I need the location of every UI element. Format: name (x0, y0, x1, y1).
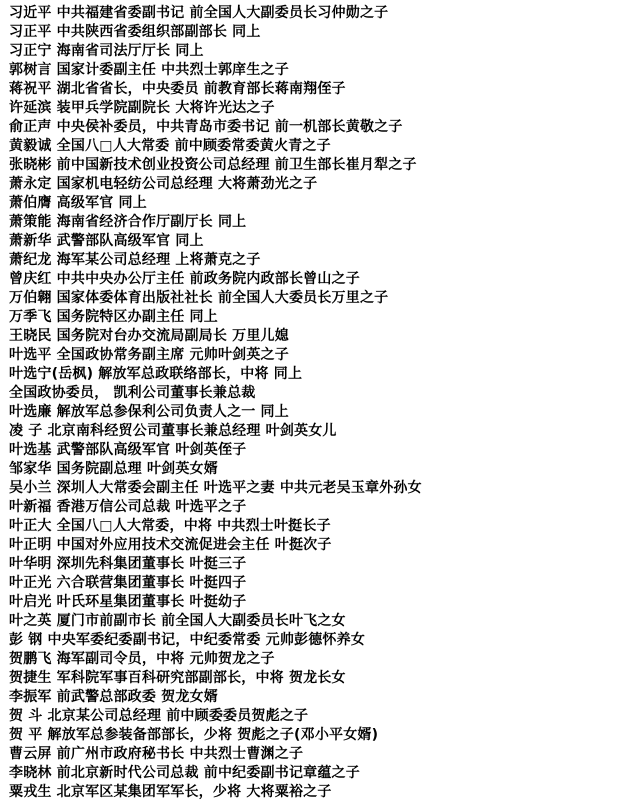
list-line: 吴小兰 深圳人大常委会副主任 叶选平之妻 中共元老吴玉章外孙女 (9, 479, 626, 498)
document-page: 习近平 中共福建省委副书记 前全国人大副委员长习仲勋之子 习正平 中共陕西省委组… (0, 0, 632, 800)
list-line: 贺 平 解放军总参装备部部长，少将 贺彪之子(邓小平女婿) (9, 726, 626, 745)
list-line: 萧伯膺 高级军官 同上 (9, 194, 626, 213)
list-line: 叶华明 深圳先科集团董事长 叶挺三子 (9, 555, 626, 574)
list-line: 叶新福 香港万信公司总裁 叶选平之子 (9, 498, 626, 517)
list-line: 邹家华 国务院副总理 叶剑英女婿 (9, 460, 626, 479)
list-line: 凌 子 北京南科经贸公司董事长兼总经理 叶剑英女儿 (9, 422, 626, 441)
list-line: 萧纪龙 海军某公司总经理 上将萧克之子 (9, 251, 626, 270)
list-line: 习正平 中共陕西省委组织部副部长 同上 (9, 23, 626, 42)
list-line: 叶之英 厦门市前副市长 前全国人大副委员长叶飞之女 (9, 612, 626, 631)
list-line: 俞正声 中央侯补委员，中共青岛市委书记 前一机部长黄敬之子 (9, 118, 626, 137)
list-line: 叶选平 全国政协常务副主席 元帅叶剑英之子 (9, 346, 626, 365)
list-line: 习近平 中共福建省委副书记 前全国人大副委员长习仲勋之子 (9, 4, 626, 23)
list-line: 萧新华 武警部队高级军官 同上 (9, 232, 626, 251)
list-line: 萧永定 国家机电轻纺公司总经理 大将萧劲光之子 (9, 175, 626, 194)
list-line: 叶启光 叶氏环星集团董事长 叶挺幼子 (9, 593, 626, 612)
list-line: 李振军 前武警总部政委 贺龙女婿 (9, 688, 626, 707)
list-line: 万伯翱 国家体委体育出版社社长 前全国人大委员长万里之子 (9, 289, 626, 308)
list-line: 叶正光 六合联营集团董事长 叶挺四子 (9, 574, 626, 593)
list-line: 贺鹏飞 海军副司令员，中将 元帅贺龙之子 (9, 650, 626, 669)
list-line: 曾庆红 中共中央办公厅主任 前政务院内政部长曾山之子 (9, 270, 626, 289)
list-line: 曹云屏 前广州市政府秘书长 中共烈士曹渊之子 (9, 745, 626, 764)
list-line: 粟戎生 北京军区某集团军军长，少将 大将粟裕之子 (9, 783, 626, 800)
list-line: 黄毅诚 全国八□人大常委 前中顾委常委黄火青之子 (9, 137, 626, 156)
list-line: 万季飞 国务院特区办副主任 同上 (9, 308, 626, 327)
list-line: 叶正明 中国对外应用技术交流促进会主任 叶挺次子 (9, 536, 626, 555)
list-line: 萧策能 海南省经济合作厅副厅长 同上 (9, 213, 626, 232)
list-line: 全国政协委员， 凯利公司董事长兼总裁 (9, 384, 626, 403)
list-line: 叶选基 武警部队高级军官 叶剑英侄子 (9, 441, 626, 460)
list-line: 习正宁 海南省司法厅厅长 同上 (9, 42, 626, 61)
list-line: 王晓民 国务院对台办交流局副局长 万里儿媳 (9, 327, 626, 346)
list-line: 叶选廉 解放军总参保利公司负责人之一 同上 (9, 403, 626, 422)
list-line: 贺捷生 军科院军事百科研究部副部长，中将 贺龙长女 (9, 669, 626, 688)
list-line: 叶选宁(岳枫) 解放军总政联络部长，中将 同上 (9, 365, 626, 384)
list-line: 李晓林 前北京新时代公司总裁 前中纪委副书记章蕴之子 (9, 764, 626, 783)
list-line: 张晓彬 前中国新技术创业投资公司总经理 前卫生部长崔月犁之子 (9, 156, 626, 175)
list-line: 许延滨 装甲兵学院副院长 大将许光达之子 (9, 99, 626, 118)
list-line: 贺 斗 北京某公司总经理 前中顾委委员贺彪之子 (9, 707, 626, 726)
list-line: 蒋祝平 湖北省省长，中央委员 前教育部长蒋南翔侄子 (9, 80, 626, 99)
list-line: 郭树言 国家计委副主任 中共烈士郭庠生之子 (9, 61, 626, 80)
list-line: 彭 钢 中央军委纪委副书记，中纪委常委 元帅彭德怀养女 (9, 631, 626, 650)
list-line: 叶正大 全国八□人大常委，中将 中共烈士叶挺长子 (9, 517, 626, 536)
